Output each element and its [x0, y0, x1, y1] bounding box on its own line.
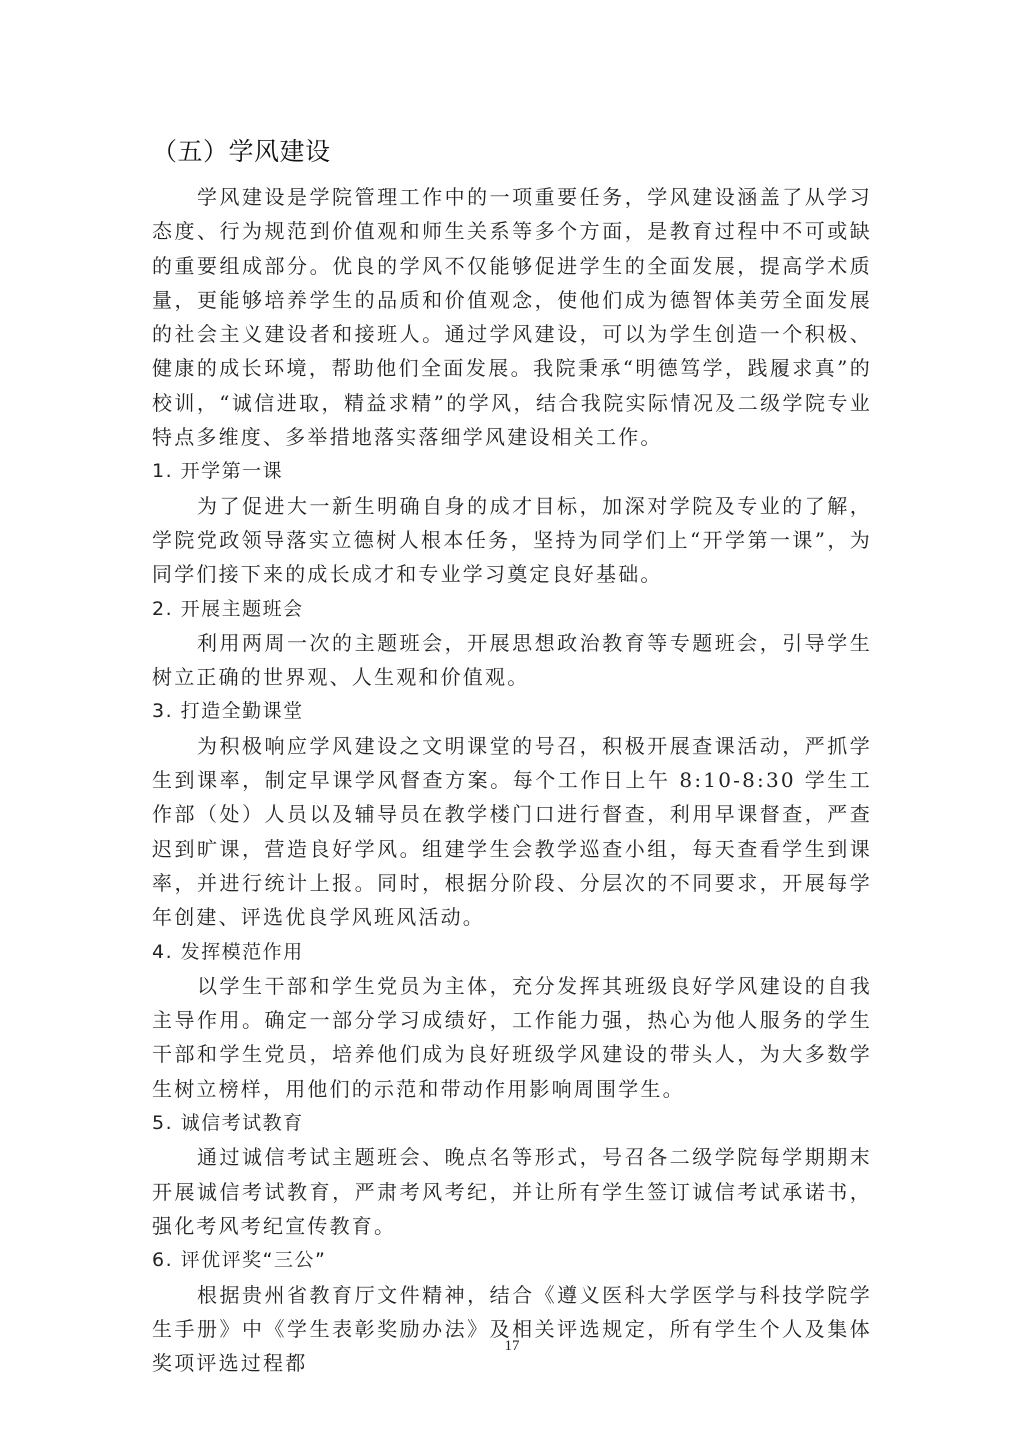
item-paragraph: 利用两周一次的主题班会，开展思想政治教育等专题班会，引导学生树立正确的世界观、人…	[152, 626, 872, 695]
intro-paragraph: 学风建设是学院管理工作中的一项重要任务，学风建设涵盖了从学习态度、行为规范到价值…	[152, 180, 872, 454]
item-1: 1. 开学第一课 为了促进大一新生明确自身的成才目标，加深对学院及专业的了解，学…	[152, 454, 872, 591]
document-page: （五）学风建设 学风建设是学院管理工作中的一项重要任务，学风建设涵盖了从学习态度…	[152, 134, 872, 1380]
item-paragraph: 为了促进大一新生明确自身的成才目标，加深对学院及专业的了解，学院党政领导落实立德…	[152, 489, 872, 592]
sub-heading: 1. 开学第一课	[152, 454, 872, 488]
item-2: 2. 开展主题班会 利用两周一次的主题班会，开展思想政治教育等专题班会，引导学生…	[152, 592, 872, 695]
item-paragraph: 以学生干部和学生党员为主体，充分发挥其班级良好学风建设的自我主导作用。确定一部分…	[152, 969, 872, 1106]
item-5: 5. 诚信考试教育 通过诚信考试主题班会、晚点名等形式，号召各二级学院每学期期末…	[152, 1106, 872, 1243]
item-4: 4. 发挥模范作用 以学生干部和学生党员为主体，充分发挥其班级良好学风建设的自我…	[152, 935, 872, 1106]
item-paragraph: 根据贵州省教育厅文件精神，结合《遵义医科大学医学与科技学院学生手册》中《学生表彰…	[152, 1278, 872, 1381]
section-title: （五）学风建设	[152, 134, 872, 170]
sub-heading: 4. 发挥模范作用	[152, 935, 872, 969]
item-paragraph: 为积极响应学风建设之文明课堂的号召，积极开展查课活动，严抓学生到课率，制定早课学…	[152, 729, 872, 935]
item-6: 6. 评优评奖“三公” 根据贵州省教育厅文件精神，结合《遵义医科大学医学与科技学…	[152, 1243, 872, 1380]
page-number: 17	[0, 1338, 1024, 1355]
sub-heading: 6. 评优评奖“三公”	[152, 1243, 872, 1277]
sub-heading: 3. 打造全勤课堂	[152, 694, 872, 728]
sub-heading: 5. 诚信考试教育	[152, 1106, 872, 1140]
sub-heading: 2. 开展主题班会	[152, 592, 872, 626]
item-paragraph: 通过诚信考试主题班会、晚点名等形式，号召各二级学院每学期期末开展诚信考试教育，严…	[152, 1140, 872, 1243]
item-3: 3. 打造全勤课堂 为积极响应学风建设之文明课堂的号召，积极开展查课活动，严抓学…	[152, 694, 872, 934]
